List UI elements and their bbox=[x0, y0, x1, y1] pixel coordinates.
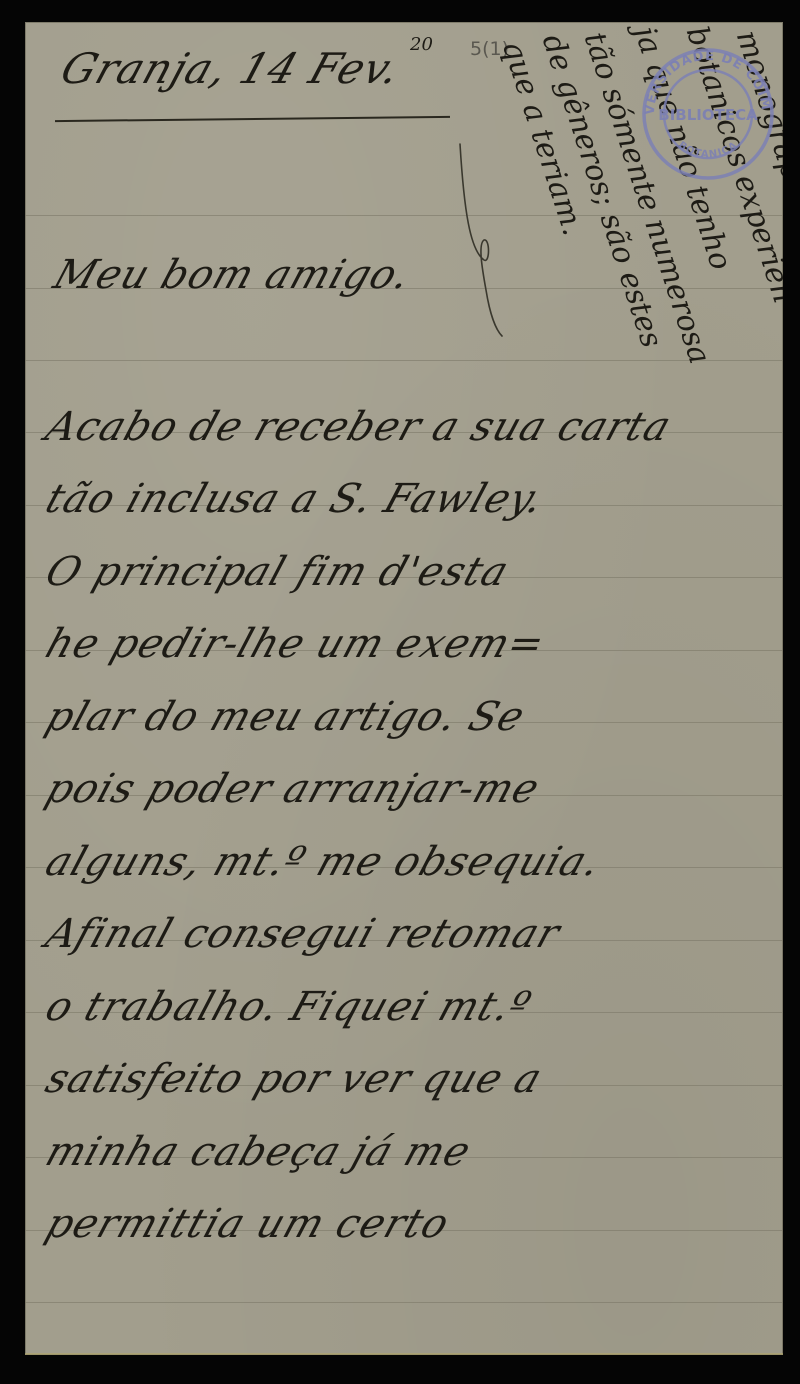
body-line: pois poder arranjar-me bbox=[40, 766, 546, 812]
ruled-line bbox=[25, 1302, 783, 1303]
body-line: o trabalho. Fiquei mt.º bbox=[40, 984, 537, 1030]
library-stamp-icon: UNIVERSIDADE DE COIMBRA BIBLIOTECA BOTAN… bbox=[640, 46, 776, 182]
body-line: satisfeito por ver que a bbox=[40, 1056, 548, 1102]
stamp-bottom-text: BOTANICA bbox=[676, 140, 740, 161]
body-line: alguns, mt.º me obsequia. bbox=[40, 839, 607, 885]
body-line: plar do meu artigo. Se bbox=[40, 694, 531, 740]
pen-flourish-icon bbox=[456, 140, 506, 340]
body-line: tão inclusa a S. Fawley. bbox=[40, 476, 550, 522]
body-line: minha cabeça já me bbox=[40, 1129, 477, 1175]
year-superscript: 20 bbox=[410, 34, 433, 55]
body-line: Acabo de receber a sua carta bbox=[40, 404, 677, 450]
salutation: Meu bom amigo. bbox=[48, 252, 417, 298]
stamp-center-text: BIBLIOTECA bbox=[658, 106, 758, 124]
body-line: O principal fim d'esta bbox=[40, 549, 515, 595]
body-line: Afinal consegui retomar bbox=[40, 911, 566, 957]
body-line: he pedir-lhe um exem= bbox=[40, 621, 551, 667]
body-line: permittia um certo bbox=[40, 1201, 455, 1247]
place-date-heading: Granja, 14 Fev. bbox=[55, 44, 407, 93]
svg-text:BOTANICA: BOTANICA bbox=[676, 140, 740, 161]
